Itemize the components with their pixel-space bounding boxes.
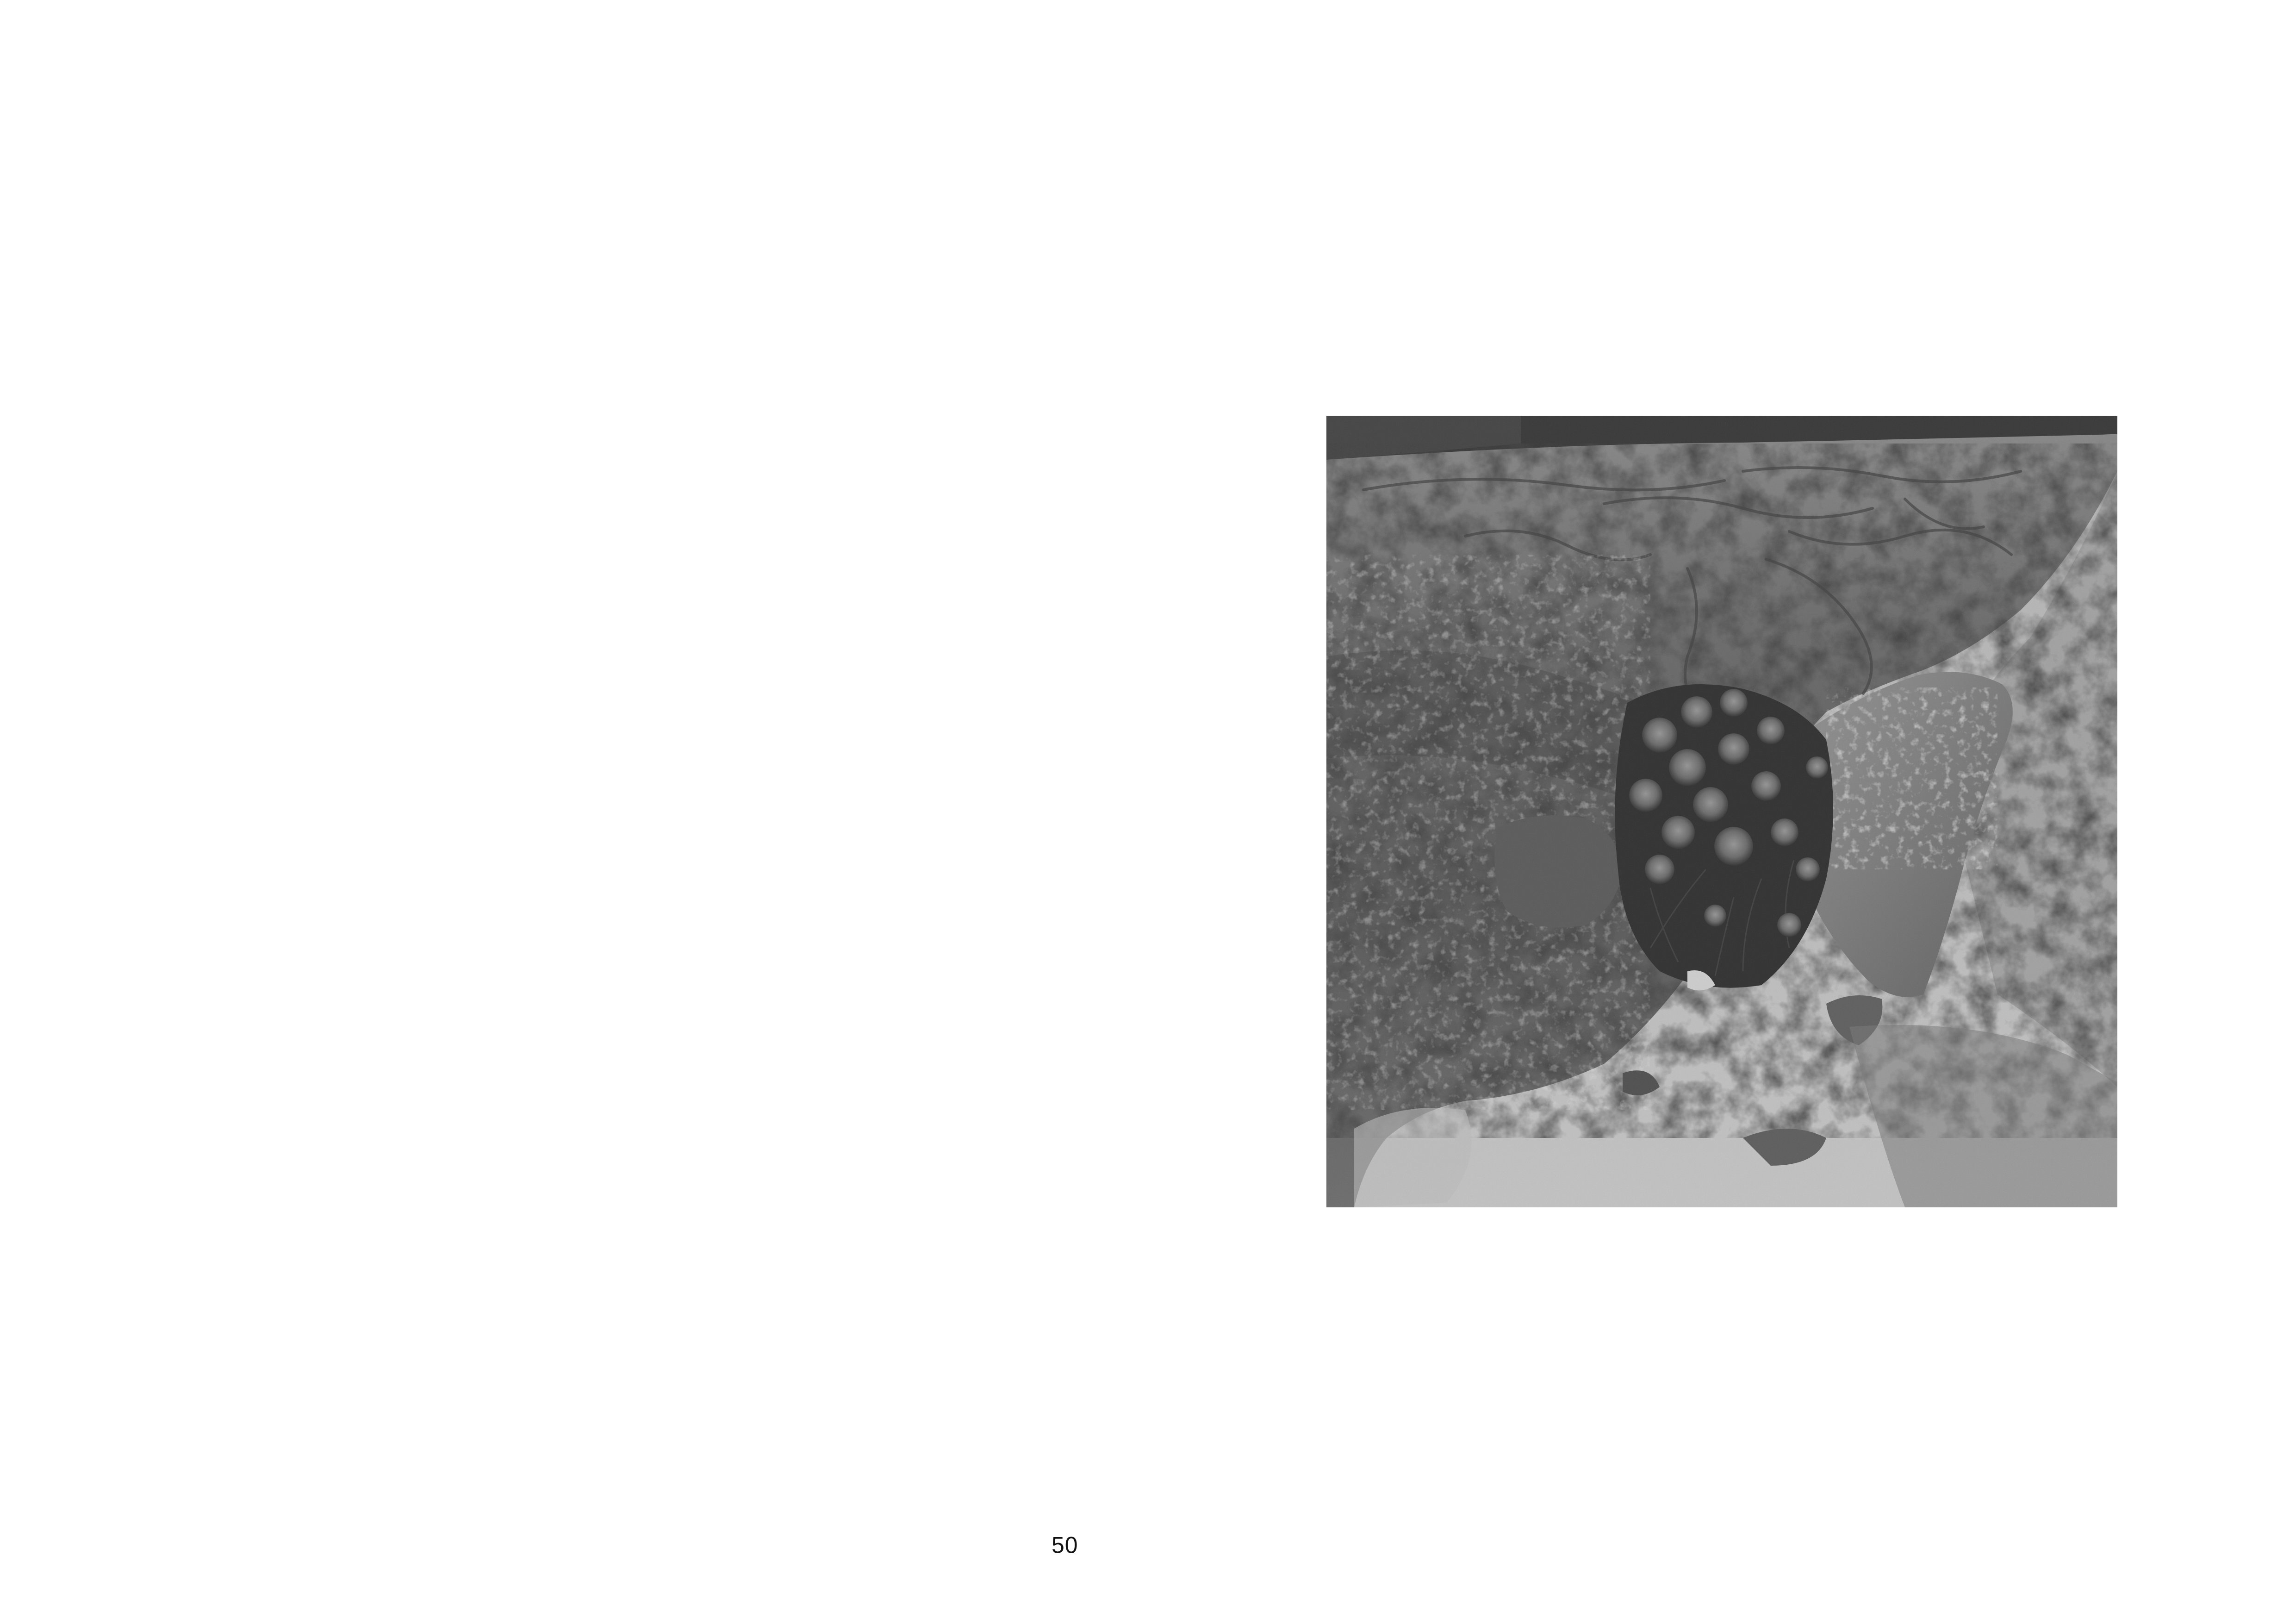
page-number: 50 [1052,1534,1078,1557]
stone-wall-photograph [1326,416,2117,1207]
photo-illustration [1326,416,2117,1207]
left-page [0,0,1148,1624]
book-spread: 50 [0,0,2296,1624]
